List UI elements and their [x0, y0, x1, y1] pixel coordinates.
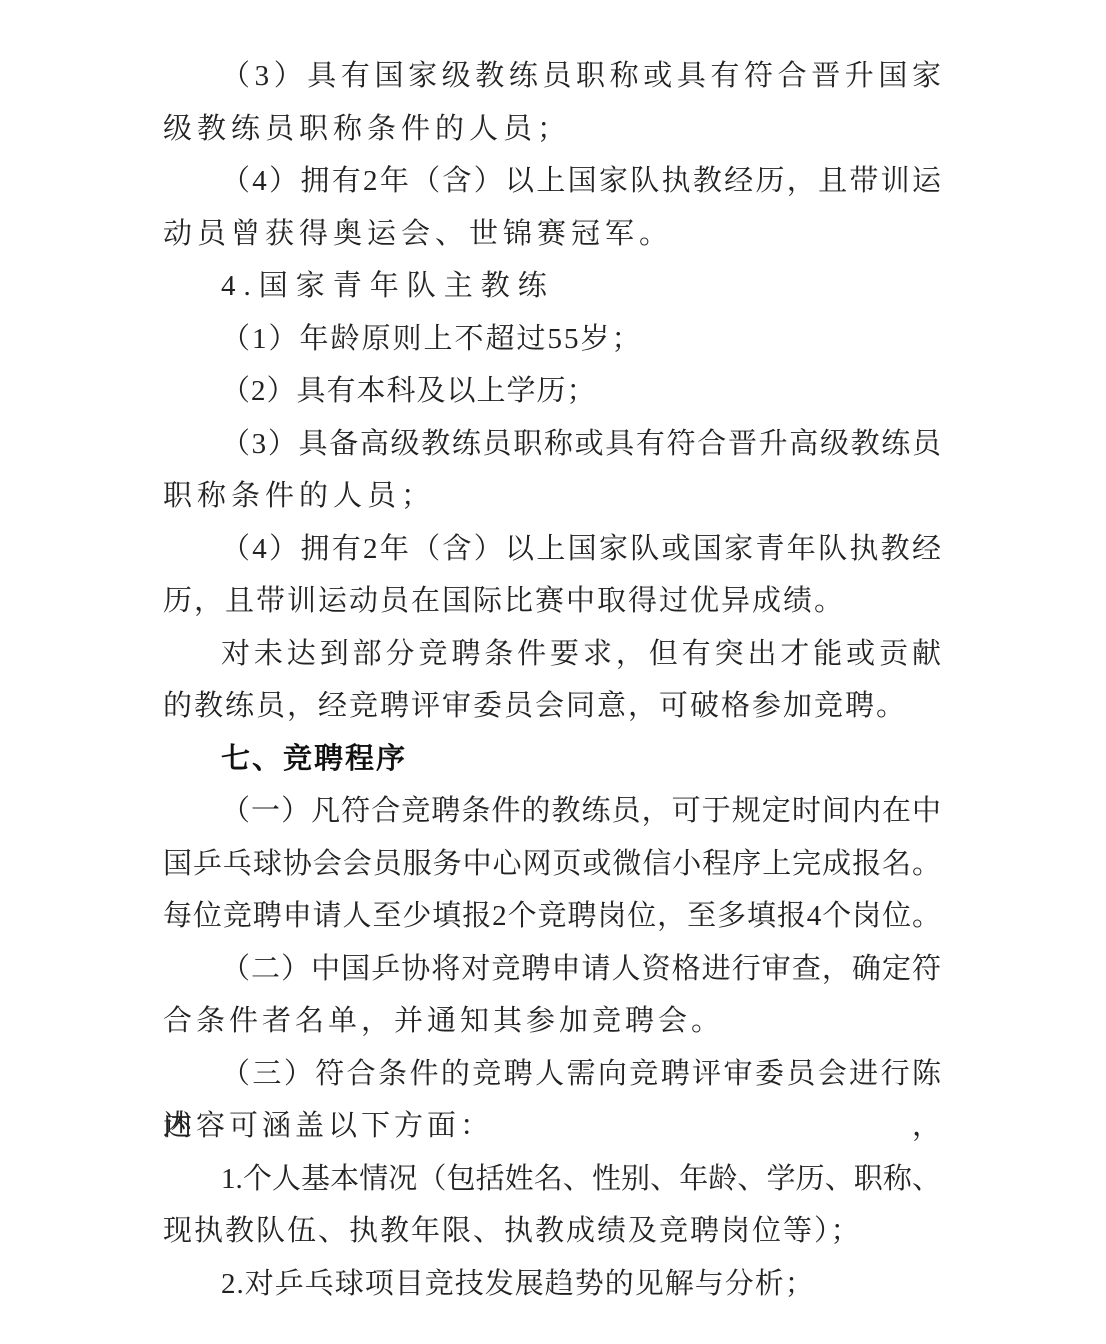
text-line: （3）具备高级教练员职称或具有符合晋升高级教练员: [163, 418, 941, 471]
text-line: （4）拥有2年（含）以上国家队或国家青年队执教经: [163, 523, 941, 576]
text-line: （2）具有本科及以上学历；: [163, 365, 941, 418]
text-line: （二）中国乒协将对竞聘申请人资格进行审查，确定符: [163, 943, 941, 996]
text-line: 国乒乓球协会会员服务中心网页或微信小程序上完成报名。: [163, 838, 941, 891]
text-line: （3）具有国家级教练员职称或具有符合晋升国家: [163, 50, 941, 103]
text-line: （1）年龄原则上不超过55岁；: [163, 313, 941, 366]
text-line: 动员曾获得奥运会、世锦赛冠军。: [163, 208, 941, 261]
text-line: 现执教队伍、执教年限、执教成绩及竞聘岗位等）；: [163, 1205, 941, 1258]
text-line: 合条件者名单，并通知其参加竞聘会。: [163, 995, 941, 1048]
document-page: （3）具有国家级教练员职称或具有符合晋升国家 级教练员职称条件的人员； （4）拥…: [0, 0, 1106, 1344]
text-line: 2.对乒乓球项目竞技发展趋势的见解与分析；: [163, 1258, 941, 1311]
text-line: 的教练员，经竞聘评审委员会同意，可破格参加竞聘。: [163, 680, 941, 733]
text-line: （4）拥有2年（含）以上国家队执教经历，且带训运: [163, 155, 941, 208]
list-item-heading: 4.国家青年队主教练: [163, 260, 941, 313]
text-line: 对未达到部分竞聘条件要求，但有突出才能或贡献: [163, 628, 941, 681]
text-line: 历，且带训运动员在国际比赛中取得过优异成绩。: [163, 575, 941, 628]
text-line: 1.个人基本情况（包括姓名、性别、年龄、学历、职称、: [163, 1153, 941, 1206]
text-line: （三）符合条件的竞聘人需向竞聘评审委员会进行陈述，: [163, 1048, 941, 1101]
text-line: 级教练员职称条件的人员；: [163, 103, 941, 156]
text-line: 职称条件的人员；: [163, 470, 941, 523]
text-line: （一）凡符合竞聘条件的教练员，可于规定时间内在中: [163, 785, 941, 838]
section-heading: 七、竞聘程序: [163, 733, 941, 786]
text-line: 每位竞聘申请人至少填报2个竞聘岗位，至多填报4个岗位。: [163, 890, 941, 943]
